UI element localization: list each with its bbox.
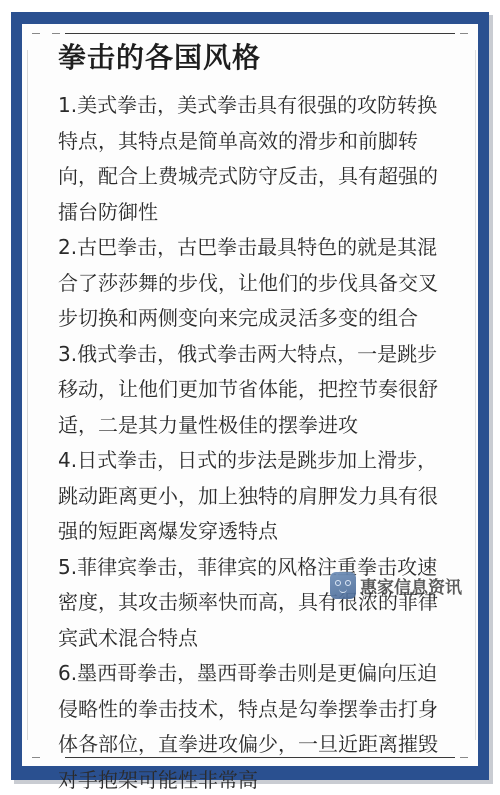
bottom-right-tick	[460, 757, 468, 758]
text-line: 步切换和两侧变向来完成灵活多变的组合	[58, 301, 458, 337]
text-line: 侵略性的拳击技术，特点是勾拳摆拳击打身	[58, 692, 458, 728]
text-line: 特点，其特点是简单高效的滑步和前脚转	[58, 124, 458, 160]
content-panel: 拳击的各国风格 1.美式拳击，美式拳击具有很强的攻防转换 特点，其特点是简单高效…	[22, 24, 478, 766]
bottom-rule	[65, 757, 455, 758]
top-rule	[65, 33, 455, 34]
text-line: 1.美式拳击，美式拳击具有很强的攻防转换	[58, 88, 458, 124]
robot-face-icon	[330, 572, 356, 599]
text-line: 宾武术混合特点	[58, 621, 458, 657]
watermark-text: 惠家信息资讯	[360, 573, 462, 598]
text-line: 强的短距离爆发穿透特点	[58, 514, 458, 550]
text-line: 对手抱架可能性非常高	[58, 763, 458, 795]
top-right-tick	[460, 33, 468, 34]
text-line: 跳动距离更小，加上独特的肩胛发力具有很	[58, 479, 458, 515]
text-line: 3.俄式拳击，俄式拳击两大特点，一是跳步	[58, 337, 458, 373]
page: 拳击的各国风格 1.美式拳击，美式拳击具有很强的攻防转换 特点，其特点是简单高效…	[0, 0, 500, 795]
text-line: 6.墨西哥拳击，墨西哥拳击则是更偏向压迫	[58, 656, 458, 692]
left-side-line	[27, 50, 28, 740]
text-line: 移动，让他们更加节省体能，把控节奏很舒	[58, 372, 458, 408]
right-side-line	[475, 50, 476, 740]
watermark: 惠家信息资讯	[330, 572, 462, 599]
top-left-tick	[32, 33, 40, 34]
text-line: 合了莎莎舞的步伐，让他们的步伐具备交叉	[58, 266, 458, 302]
text-line: 4.日式拳击，日式的步法是跳步加上滑步，	[58, 443, 458, 479]
text-line: 2.古巴拳击，古巴拳击最具特色的就是其混	[58, 230, 458, 266]
article-body: 1.美式拳击，美式拳击具有很强的攻防转换 特点，其特点是简单高效的滑步和前脚转 …	[58, 88, 458, 795]
text-line: 适，二是其力量性极佳的摆拳进攻	[58, 408, 458, 444]
top-left-tick-2	[52, 33, 60, 34]
page-title: 拳击的各国风格	[58, 40, 261, 76]
bottom-left-tick	[32, 757, 40, 758]
text-line: 擂台防御性	[58, 195, 458, 231]
text-line: 向，配合上费城壳式防守反击，具有超强的	[58, 159, 458, 195]
